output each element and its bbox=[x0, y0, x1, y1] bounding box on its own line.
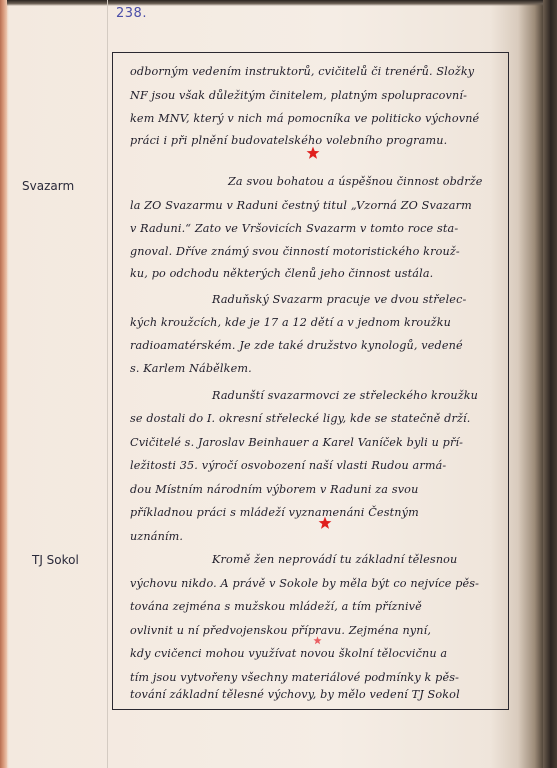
text-line: práci i při plnění budovatelského volebn… bbox=[130, 134, 447, 147]
text-line: v Raduni.“ Zato ve Vršovicích Svazarm v … bbox=[130, 222, 458, 235]
text-line: tována zejména s mužskou mládeží, a tím … bbox=[130, 600, 422, 613]
page-number: 238. bbox=[116, 6, 147, 21]
text-line: la ZO Svazarmu v Raduni čestný titul „Vz… bbox=[130, 199, 472, 212]
red-star-icon bbox=[306, 146, 320, 160]
text-line: dou Místním národním výborem v Raduni za… bbox=[130, 483, 418, 496]
text-line: NF jsou však důležitým činitelem, platný… bbox=[130, 89, 467, 102]
text-line: s. Karlem Nábělkem. bbox=[130, 362, 252, 375]
text-line: tím jsou vytvořeny všechny materiálové p… bbox=[130, 671, 459, 684]
text-line: Raduňský Svazarm pracuje ve dvou střelec… bbox=[212, 293, 466, 306]
text-line: tování základní tělesné výchovy, by mělo… bbox=[130, 688, 460, 701]
text-line: se dostali do I. okresní střelecké ligy,… bbox=[130, 412, 470, 425]
text-line: Kromě žen neprovádí tu základní tělesnou bbox=[212, 553, 457, 566]
text-line: Za svou bohatou a úspěšnou činnost obdrž… bbox=[228, 175, 483, 188]
text-line: Cvičitelé s. Jaroslav Beinhauer a Karel … bbox=[130, 436, 463, 449]
red-star-icon bbox=[318, 516, 332, 530]
margin-label-svazarm: Svazarm bbox=[22, 179, 74, 193]
text-line: gnoval. Dříve známý svou činností motori… bbox=[130, 245, 460, 258]
chronicle-page: 238. Svazarm TJ Sokol odborným vedením i… bbox=[0, 0, 557, 768]
text-line: výchovu nikdo. A právě v Sokole by měla … bbox=[130, 577, 479, 590]
book-gutter bbox=[543, 0, 557, 768]
text-line: kem MNV, který v nich má pomocníka ve po… bbox=[130, 112, 479, 125]
text-line: ležitosti 35. výročí osvobození naší vla… bbox=[130, 459, 446, 472]
red-star-small-icon bbox=[313, 636, 322, 645]
page-top-shadow bbox=[0, 0, 557, 6]
text-line: radioamatérském. Je zde také družstvo ky… bbox=[130, 339, 463, 352]
text-line: Radunští svazarmovci ze střeleckého krou… bbox=[212, 389, 478, 402]
text-line: ku, po odchodu některých členů jeho činn… bbox=[130, 267, 433, 280]
page-left-edge bbox=[0, 0, 7, 768]
margin-label-tj-sokol: TJ Sokol bbox=[32, 553, 79, 567]
text-line: kdy cvičenci mohou využívat novou školní… bbox=[130, 647, 447, 660]
text-line: příkladnou práci s mládeží vyznamenáni Č… bbox=[130, 506, 419, 519]
text-line: kých kroužcích, kde je 17 a 12 dětí a v … bbox=[130, 316, 451, 329]
text-line: odborným vedením instruktorů, cvičitelů … bbox=[130, 65, 474, 78]
text-line: ovlivnit u ní předvojenskou přípravu. Ze… bbox=[130, 624, 431, 637]
text-line: uznáním. bbox=[130, 530, 183, 543]
margin-rule bbox=[107, 0, 108, 768]
